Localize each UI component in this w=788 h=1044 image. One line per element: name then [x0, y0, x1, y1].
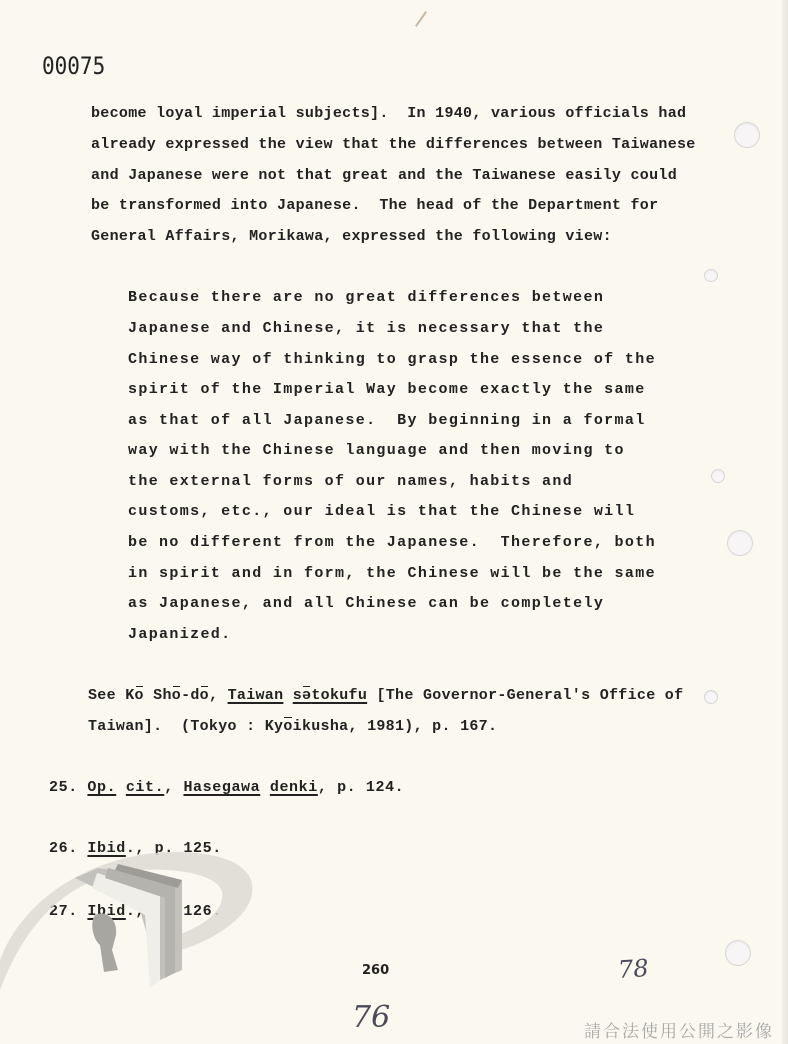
footnote-number: 26.	[49, 840, 87, 857]
citation-translation: [The Governor-General's Office of	[367, 687, 683, 704]
punch-hole	[704, 690, 718, 704]
footnote-text: ., p. 125.	[126, 840, 222, 857]
quote-line: Because there are no great differences b…	[128, 289, 604, 306]
page-number: 260	[362, 963, 389, 978]
author-macron-o: o	[172, 687, 181, 704]
author-macron-o: o	[135, 687, 144, 704]
quote-line: Japanized.	[128, 626, 232, 643]
underlined-reference: Ibid	[87, 903, 125, 920]
punch-hole	[725, 940, 751, 966]
citation-see: See	[88, 687, 125, 704]
quote-line: in spirit and in form, the Chinese will …	[128, 565, 656, 582]
book-title-taiwan: Taiwan	[228, 687, 284, 704]
quote-line: Japanese and Chinese, it is necessary th…	[128, 320, 604, 337]
title-text: s	[293, 687, 302, 704]
arc-shape	[0, 852, 252, 990]
citation-text: ikusha, 1981), p. 167.	[293, 718, 498, 735]
page-edge	[782, 0, 788, 1044]
footnote-25: 25. Op. cit., Hasegawa denki, p. 124.	[49, 779, 404, 796]
footnote-text	[116, 779, 126, 796]
author-macron-o: o	[200, 687, 209, 704]
quote-line: as Japanese, and all Chinese can be comp…	[128, 595, 604, 612]
citation-line-2: Taiwan]. (Tokyo : Kyoikusha, 1981), p. 1…	[88, 718, 497, 735]
quote-line: Chinese way of thinking to grasp the ess…	[128, 351, 656, 368]
author-text: -d	[181, 687, 200, 704]
publisher-macron-o: o	[283, 718, 292, 735]
pen-mark	[415, 11, 427, 27]
footnote-text	[260, 779, 270, 796]
document-number: 00075	[42, 52, 105, 80]
footnote-number: 25.	[49, 779, 87, 796]
quote-line: customs, etc., our ideal is that the Chi…	[128, 503, 635, 520]
title-text: tokufu	[311, 687, 367, 704]
title-macron-char: ə	[302, 687, 311, 704]
punch-hole	[727, 530, 753, 556]
citation-line-1: See Ko Sho-do, Taiwan sətokufu [The Gove…	[88, 687, 683, 704]
handwritten-number-top: 78	[617, 954, 649, 984]
author-text: Sh	[144, 687, 172, 704]
citation-text: Taiwan]. (Tokyo : Ky	[88, 718, 283, 735]
quote-line: spirit of the Imperial Way become exactl…	[128, 381, 646, 398]
quote-line: way with the Chinese language and then m…	[128, 442, 625, 459]
underlined-reference: Hasegawa	[183, 779, 260, 796]
quote-line: be no different from the Japanese. There…	[128, 534, 656, 551]
footnote-text: ,	[164, 779, 183, 796]
footnote-26: 26. Ibid., p. 125.	[49, 840, 222, 857]
handwritten-number-bottom: 76	[352, 1000, 390, 1035]
footnote-text: , p. 124.	[318, 779, 404, 796]
author-text: K	[125, 687, 134, 704]
punch-hole	[704, 269, 718, 282]
underlined-reference: Ibid	[87, 840, 125, 857]
punch-hole	[711, 469, 725, 483]
book-title-sotokufu: sətokufu	[293, 687, 367, 704]
book-spine	[75, 868, 182, 980]
watermark-text: 請合法使用公開之影像	[584, 1017, 774, 1042]
quote-line: as that of all Japanese. By beginning in…	[128, 412, 646, 429]
body-line: and Japanese were not that great and the…	[91, 167, 677, 184]
underlined-reference: cit.	[126, 779, 164, 796]
book-page-edge	[105, 868, 175, 978]
punch-hole	[734, 122, 760, 148]
body-line: already expressed the view that the diff…	[91, 136, 696, 153]
body-line: General Affairs, Morikawa, expressed the…	[91, 228, 612, 245]
body-line: become loyal imperial subjects]. In 1940…	[91, 105, 686, 122]
quote-line: the external forms of our names, habits …	[128, 473, 573, 490]
footnote-text: ., p. 126.	[126, 903, 222, 920]
footnote-27: 27. Ibid., p. 126.	[49, 903, 222, 920]
citation-space	[283, 687, 292, 704]
book-cover-top	[115, 864, 182, 888]
underlined-reference: Op.	[87, 779, 116, 796]
underlined-reference: denki	[270, 779, 318, 796]
body-line: be transformed into Japanese. The head o…	[91, 197, 658, 214]
book-page	[92, 873, 160, 988]
keyhole-shape	[92, 914, 118, 972]
footnote-number: 27.	[49, 903, 87, 920]
citation-comma: ,	[209, 687, 228, 704]
